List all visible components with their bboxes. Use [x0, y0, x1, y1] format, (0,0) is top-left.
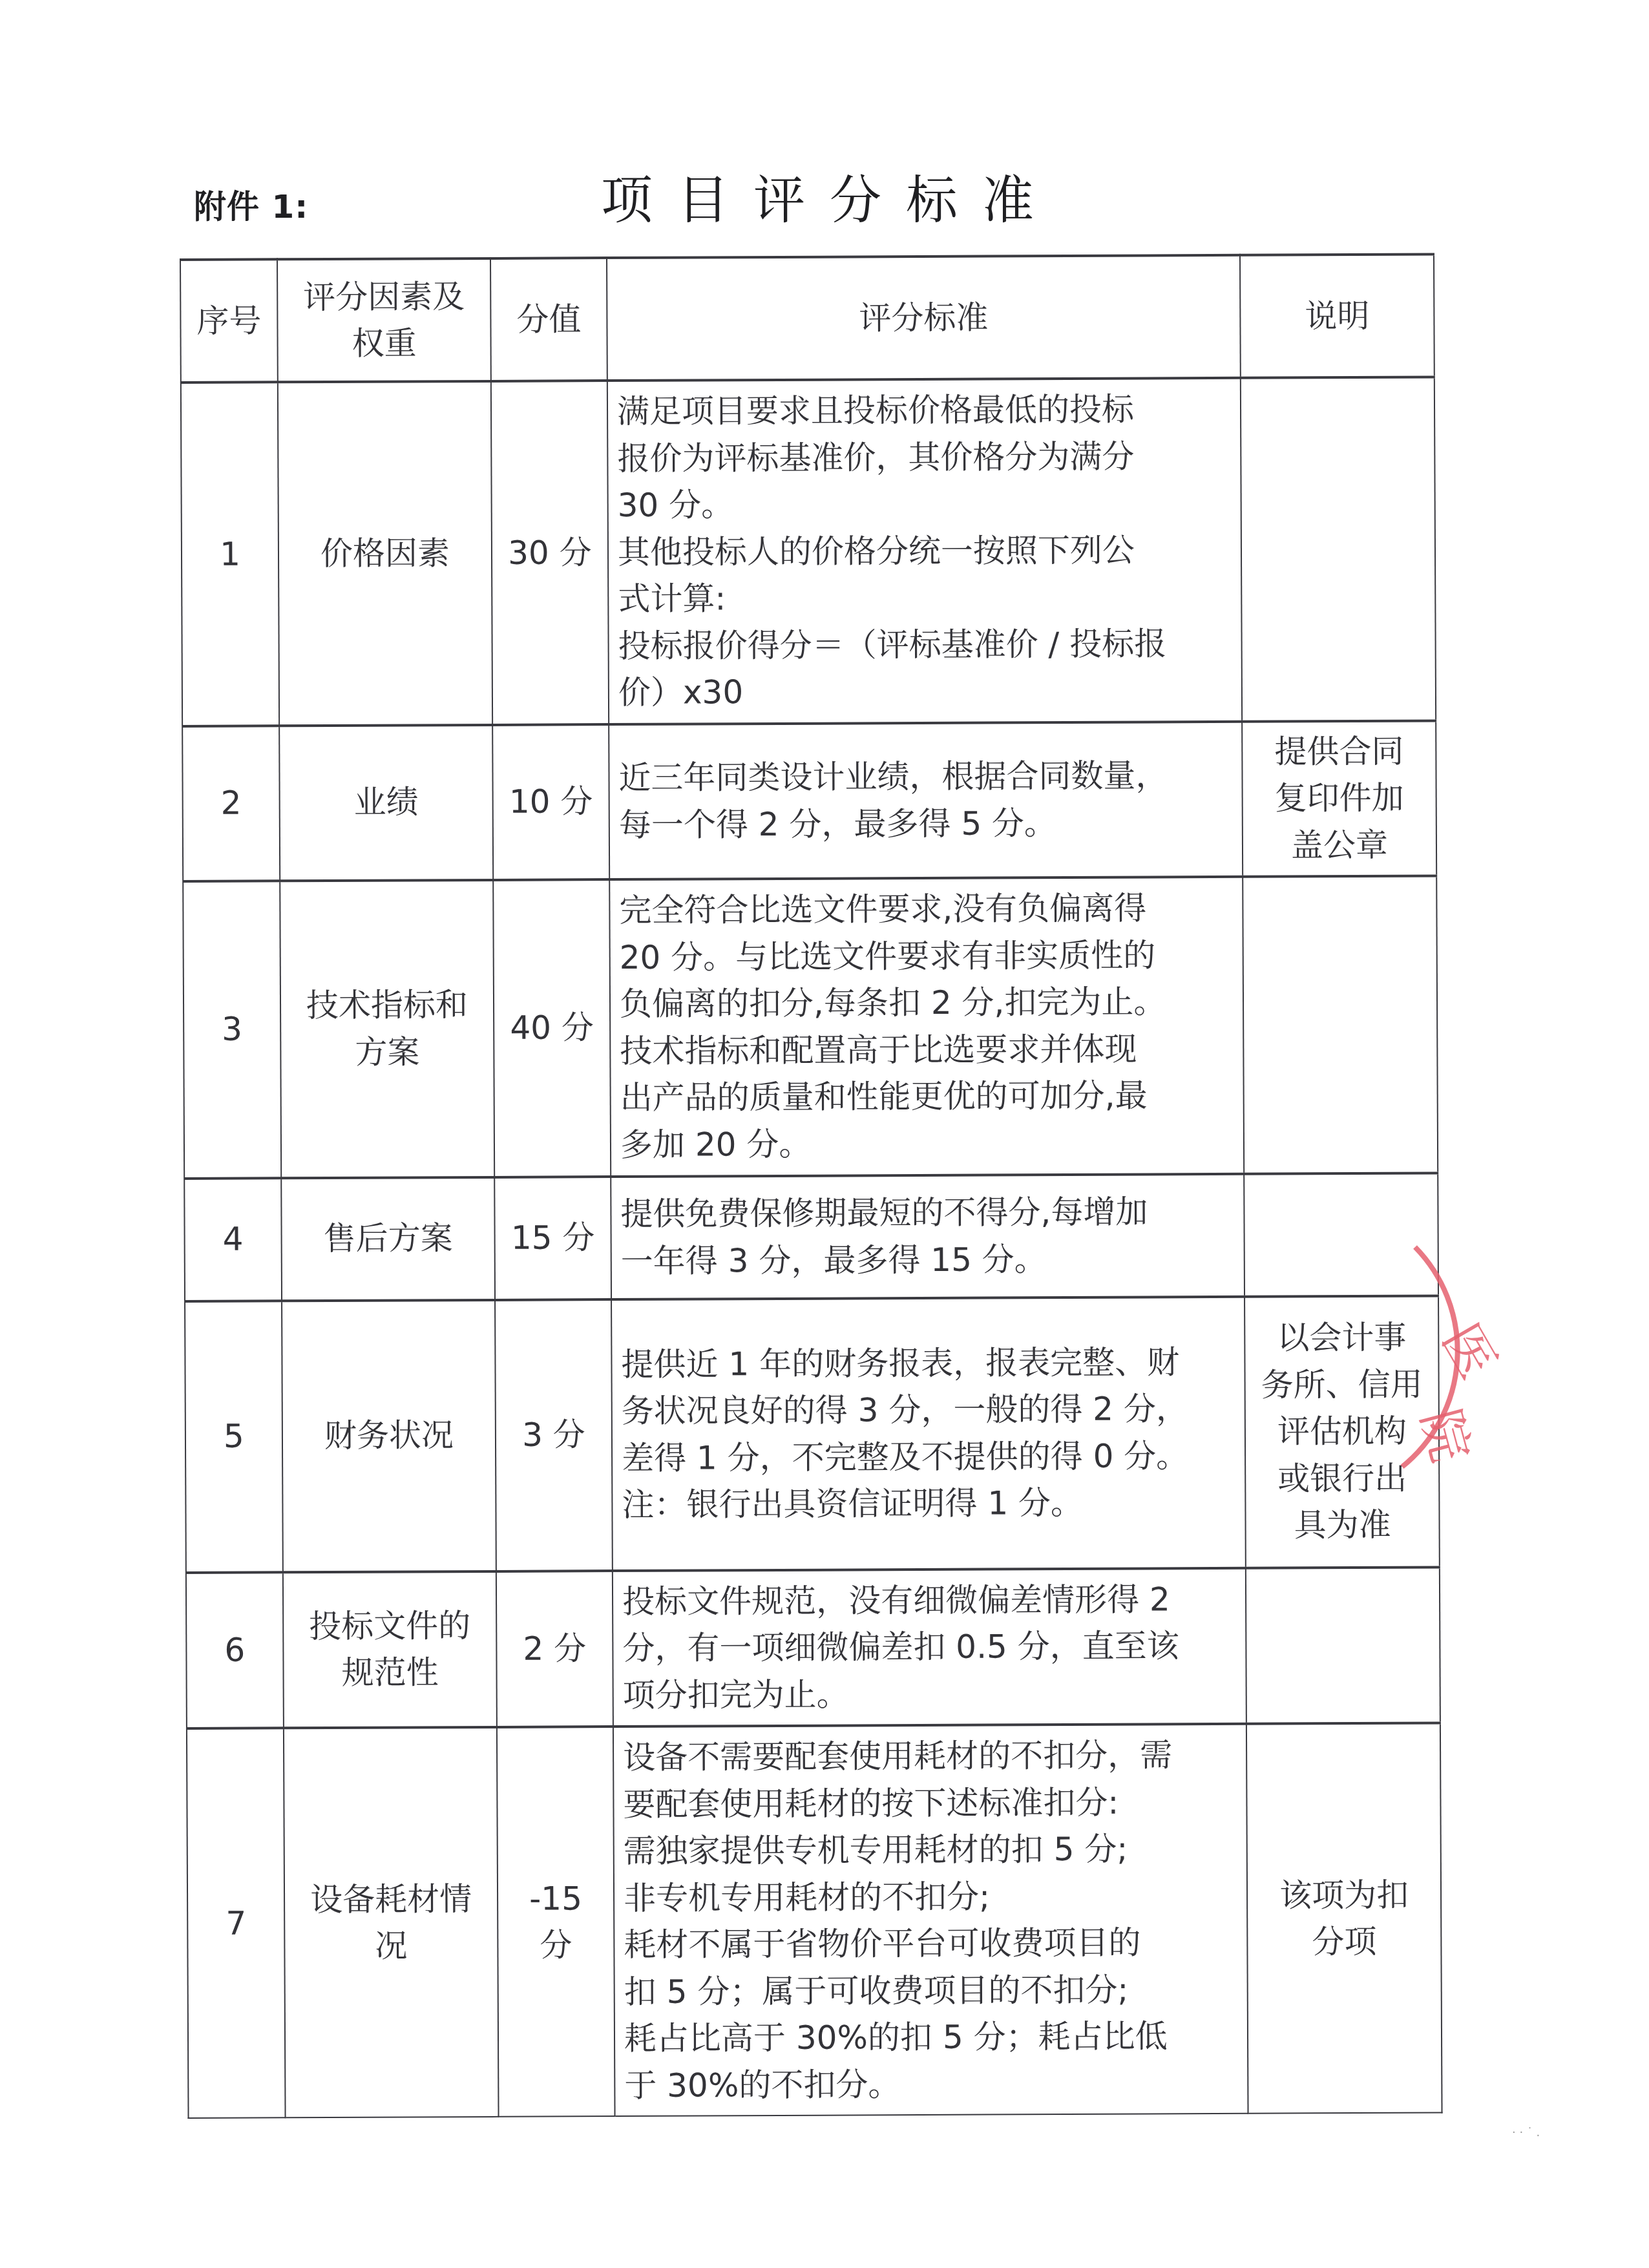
cell-note	[1246, 1567, 1440, 1724]
criteria-line: 投标文件规范，没有细微偏差情形得 2	[622, 1575, 1237, 1625]
cell-note: 该项为扣分项	[1246, 1723, 1442, 2114]
cell-score: 30 分	[491, 381, 609, 724]
criteria-line: 非专机专用耗材的不扣分;	[624, 1872, 1239, 1922]
criteria-line: 要配套使用耗材的按下述标准扣分:	[623, 1778, 1238, 1828]
criteria-line: 于 30%的不扣分。	[624, 2059, 1239, 2109]
criteria-line: 务状况良好的得 3 分，一般的得 2 分，	[622, 1385, 1237, 1435]
criteria-line: 报价为评标基准价，其价格分为满分	[617, 432, 1232, 482]
score-line: 15 分	[495, 1214, 610, 1261]
cell-no: 5	[185, 1301, 283, 1573]
cell-no: 2	[182, 726, 280, 881]
score-line: 40 分	[494, 1004, 609, 1051]
table-row: 5财务状况3 分提供近 1 年的财务报表，报表完整、财务状况良好的得 3 分，一…	[185, 1296, 1440, 1572]
cell-score: 2 分	[496, 1571, 613, 1727]
header-no: 序号	[180, 259, 278, 383]
score-line: 10 分	[494, 778, 609, 825]
note-line: 或银行出	[1252, 1454, 1432, 1502]
scan-speck: · · ˙ .	[1512, 2126, 1564, 2139]
header-note: 说明	[1240, 255, 1434, 378]
scoring-table: 序号 评分因素及 权重 分值 评分标准 说明 1价格因素30 分满足项目要求且投…	[180, 253, 1443, 2119]
cell-no: 6	[186, 1572, 284, 1728]
score-line: 3 分	[496, 1411, 611, 1458]
criteria-line: 30 分。	[618, 479, 1233, 529]
cell-factor: 设备耗材情况	[284, 1727, 499, 2117]
factor-line: 规范性	[284, 1649, 496, 1697]
table-body: 1价格因素30 分满足项目要求且投标价格最低的投标报价为评标基准价，其价格分为满…	[181, 377, 1442, 2118]
cell-criteria: 设备不需要配套使用耗材的不扣分，需要配套使用耗材的按下述标准扣分:需独家提供专机…	[613, 1724, 1248, 2116]
criteria-line: 设备不需要配套使用耗材的不扣分，需	[623, 1732, 1238, 1781]
header-factor-line2: 权重	[278, 320, 490, 368]
criteria-line: 投标报价得分＝（评标基准价 / 投标报	[618, 620, 1233, 669]
criteria-line: 分，有一项细微偏差扣 0.5 分，直至该	[622, 1622, 1237, 1672]
cell-factor: 技术指标和方案	[280, 879, 494, 1177]
criteria-line: 提供免费保修期最短的不得分,每增加	[620, 1188, 1235, 1238]
cell-score: 10 分	[492, 724, 609, 880]
factor-line: 投标文件的	[284, 1602, 496, 1650]
note-line: 以会计事	[1252, 1314, 1431, 1362]
cell-no: 1	[181, 382, 279, 726]
factor-line: 方案	[281, 1028, 493, 1076]
score-line: -15	[498, 1875, 613, 1922]
criteria-line: 20 分。与比选文件要求有非实质性的	[620, 931, 1235, 981]
criteria-line: 耗材不属于省物价平台可收费项目的	[624, 1919, 1239, 1969]
note-line: 盖公章	[1250, 821, 1429, 869]
cell-note	[1244, 1173, 1438, 1296]
header-factor-line1: 评分因素及	[278, 273, 490, 320]
criteria-line: 提供近 1 年的财务报表，报表完整、财	[621, 1338, 1236, 1388]
cell-score: 3 分	[495, 1299, 613, 1571]
criteria-line: 式计算:	[618, 573, 1233, 623]
cell-no: 7	[187, 1728, 286, 2118]
seal-char-1: 医	[1431, 1314, 1509, 1389]
cell-note: 提供合同复印件加盖公章	[1242, 720, 1436, 876]
note-line: 复印件加	[1250, 775, 1429, 823]
factor-line: 业绩	[280, 779, 492, 826]
table-header-row: 序号 评分因素及 权重 分值 评分标准 说明	[180, 255, 1434, 383]
cell-criteria: 近三年同类设计业绩，根据合同数量，每一个得 2 分，最多得 5 分。	[609, 721, 1243, 879]
criteria-line: 负偏离的扣分,每条扣 2 分,扣完为止。	[620, 978, 1235, 1028]
factor-line: 财务状况	[283, 1412, 495, 1460]
attachment-label: 附件 1:	[194, 181, 308, 227]
cell-factor: 业绩	[279, 724, 493, 880]
factor-line: 设备耗材情	[285, 1875, 497, 1923]
cell-score: 40 分	[493, 879, 611, 1177]
cell-note	[1243, 876, 1438, 1173]
cell-criteria: 满足项目要求且投标价格最低的投标报价为评标基准价，其价格分为满分30 分。其他投…	[607, 378, 1242, 724]
cell-no: 3	[183, 881, 281, 1179]
page-title: 项目评分标准	[601, 158, 1058, 233]
note-line: 务所、信用	[1252, 1361, 1431, 1409]
criteria-line: 每一个得 2 分，最多得 5 分。	[619, 799, 1234, 848]
criteria-line: 项分扣完为止。	[623, 1669, 1238, 1719]
note-line: 具为准	[1252, 1502, 1432, 1549]
cell-criteria: 投标文件规范，没有细微偏差情形得 2分，有一项细微偏差扣 0.5 分，直至该项分…	[613, 1568, 1246, 1727]
criteria-line: 满足项目要求且投标价格最低的投标	[617, 386, 1232, 436]
criteria-line: 技术指标和配置高于比选要求并体现	[620, 1025, 1235, 1075]
criteria-line: 扣 5 分；属于可收费项目的不扣分;	[624, 1966, 1239, 2015]
header-factor: 评分因素及 权重	[277, 258, 491, 382]
cell-criteria: 提供近 1 年的财务报表，报表完整、财务状况良好的得 3 分，一般的得 2 分，…	[611, 1296, 1246, 1570]
score-line: 分	[498, 1922, 613, 1969]
criteria-line: 多加 20 分。	[620, 1118, 1235, 1168]
factor-line: 价格因素	[279, 529, 491, 577]
criteria-line: 需独家提供专机专用耗材的扣 5 分;	[624, 1825, 1239, 1875]
criteria-line: 出产品的质量和性能更优的可加分,最	[620, 1072, 1235, 1122]
cell-criteria: 提供免费保修期最短的不得分,每增加一年得 3 分，最多得 15 分。	[611, 1173, 1245, 1299]
criteria-line: 差得 1 分，不完整及不提供的得 0 分。	[622, 1432, 1237, 1482]
criteria-line: 一年得 3 分，最多得 15 分。	[621, 1235, 1236, 1285]
criteria-line: 近三年同类设计业绩，根据合同数量，	[618, 752, 1234, 802]
criteria-line: 完全符合比选文件要求,没有负偏离得	[619, 885, 1234, 934]
cell-factor: 售后方案	[281, 1177, 495, 1300]
factor-line: 售后方案	[282, 1215, 494, 1263]
table-row: 4售后方案15 分提供免费保修期最短的不得分,每增加一年得 3 分，最多得 15…	[184, 1173, 1438, 1301]
criteria-line: 注：银行出具资信证明得 1 分。	[622, 1479, 1237, 1529]
score-line: 2 分	[497, 1625, 612, 1672]
cell-score: 15 分	[494, 1177, 611, 1300]
criteria-line: 其他投标人的价格分统一按照下列公	[618, 526, 1233, 576]
note-line: 该项为扣	[1254, 1871, 1434, 1919]
header-score: 分值	[490, 258, 607, 381]
criteria-line: 价）x30	[618, 667, 1234, 717]
score-line: 30 分	[492, 529, 607, 576]
table-row: 3技术指标和方案40 分完全符合比选文件要求,没有负偏离得20 分。与比选文件要…	[183, 876, 1438, 1178]
cell-factor: 财务状况	[282, 1299, 496, 1571]
cell-note: 以会计事务所、信用评估机构或银行出具为准	[1245, 1296, 1440, 1568]
cell-criteria: 完全符合比选文件要求,没有负偏离得20 分。与比选文件要求有非实质性的负偏离的扣…	[609, 876, 1244, 1176]
table-row: 7设备耗材情况-15分设备不需要配套使用耗材的不扣分，需要配套使用耗材的按下述标…	[187, 1723, 1442, 2118]
note-line: 评估机构	[1252, 1408, 1432, 1456]
factor-line: 况	[285, 1922, 497, 1970]
table-row: 6投标文件的规范性2 分投标文件规范，没有细微偏差情形得 2分，有一项细微偏差扣…	[186, 1567, 1440, 1728]
cell-note	[1241, 377, 1436, 722]
table-row: 2业绩10 分近三年同类设计业绩，根据合同数量，每一个得 2 分，最多得 5 分…	[182, 720, 1436, 881]
cell-score: -15分	[497, 1727, 615, 2117]
note-line: 提供合同	[1249, 728, 1429, 775]
header-criteria: 评分标准	[607, 255, 1241, 381]
cell-no: 4	[184, 1178, 282, 1301]
cell-factor: 投标文件的规范性	[283, 1571, 497, 1728]
factor-line: 技术指标和	[281, 982, 493, 1029]
criteria-line: 耗占比高于 30%的扣 5 分；耗占比低	[624, 2013, 1239, 2063]
note-line: 分项	[1254, 1918, 1434, 1966]
table-row: 1价格因素30 分满足项目要求且投标价格最低的投标报价为评标基准价，其价格分为满…	[181, 377, 1436, 726]
cell-factor: 价格因素	[278, 381, 492, 726]
